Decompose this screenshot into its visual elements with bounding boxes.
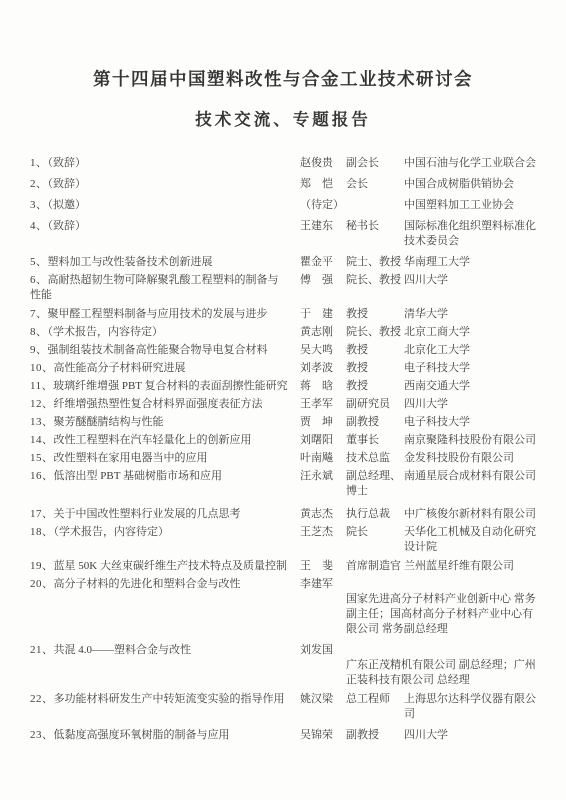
agenda-row: 7、聚甲醛工程塑料制备与应用技术的发展与进步 于 建 教授 清华大学 bbox=[30, 307, 540, 322]
agenda-speaker-title: 院长、教授 bbox=[346, 273, 404, 303]
agenda-speaker-org: 金发科技股份有限公司 bbox=[404, 451, 540, 466]
agenda-topic: 14、改性工程塑料在汽车轻量化上的创新应用 bbox=[30, 433, 300, 448]
agenda-speaker-name: 蒋 晗 bbox=[300, 379, 346, 394]
agenda-item-number: 23、 bbox=[30, 729, 54, 741]
agenda-topic: 3、（拟邀） bbox=[30, 198, 300, 213]
agenda-row: 12、纤维增强热塑性复合材料界面强度表征方法 王孝军 副研究员 四川大学 bbox=[30, 397, 540, 412]
agenda-topic-text: 蓝星 50K 大丝束碳纤维生产技术特点及质量控制 bbox=[54, 560, 287, 572]
agenda-speaker-org: 四川大学 bbox=[404, 728, 540, 743]
agenda-topic-text: 共混 4.0——塑料合金与改性 bbox=[54, 644, 192, 656]
agenda-row: 19、蓝星 50K 大丝束碳纤维生产技术特点及质量控制 王 斐 首席制造官 兰州… bbox=[30, 559, 540, 574]
agenda-row: 1、（致辞） 赵俊贵 副会长 中国石油与化学工业联合会 bbox=[30, 156, 540, 171]
agenda-speaker-title: 院长 bbox=[346, 525, 404, 555]
agenda-speaker-name: 王 斐 bbox=[300, 559, 346, 574]
agenda-item-number: 6、 bbox=[30, 274, 48, 286]
agenda-topic: 9、强制组装技术制备高性能聚合物导电复合材料 bbox=[30, 343, 300, 358]
agenda-topic: 22、多功能材料研发生产中转矩流变实验的指导作用 bbox=[30, 692, 300, 722]
agenda-speaker-title: 副教授 bbox=[346, 415, 404, 430]
agenda-speaker-title: 董事长 bbox=[346, 433, 404, 448]
agenda-item-number: 10、 bbox=[30, 362, 54, 374]
agenda-item-number: 21、 bbox=[30, 644, 54, 656]
agenda-speaker-org: 广东正茂精机有限公司 副总经理；广州正装科技有限公司 总经理 bbox=[346, 658, 540, 688]
agenda-speaker-name: 叶南飚 bbox=[300, 451, 346, 466]
agenda-row: 21、共混 4.0——塑料合金与改性 刘发国 广东正茂精机有限公司 副总经理；广… bbox=[30, 643, 540, 688]
agenda-topic: 21、共混 4.0——塑料合金与改性 bbox=[30, 643, 300, 658]
agenda-topic: 12、纤维增强热塑性复合材料界面强度表征方法 bbox=[30, 397, 300, 412]
agenda-item-number: 9、 bbox=[30, 344, 48, 356]
document-subtitle: 技术交流、专题报告 bbox=[0, 106, 566, 130]
agenda-row: 13、聚芳醚醚腈结构与性能 贾 坤 副教授 电子科技大学 bbox=[30, 415, 540, 430]
agenda-topic: 13、聚芳醚醚腈结构与性能 bbox=[30, 415, 300, 430]
agenda-speaker-title: 副教授 bbox=[346, 728, 404, 743]
agenda-row: 8、（学术报告，内容待定） 黄志刚 院长、教授 北京工商大学 bbox=[30, 325, 540, 340]
agenda-topic: 23、低黏度高强度环氧树脂的制备与应用 bbox=[30, 728, 300, 743]
agenda-speaker-name: 吴大鸣 bbox=[300, 343, 346, 358]
agenda-row: 6、高耐热超韧生物可降解聚乳酸工程塑料的制备与 性能 傅 强 院长、教授 四川大… bbox=[30, 273, 540, 303]
agenda-speaker-name: 贾 坤 bbox=[300, 415, 346, 430]
agenda-topic-text: （拟邀） bbox=[48, 199, 87, 211]
agenda-item-number: 2、 bbox=[30, 178, 48, 190]
agenda-topic-text: 低溶出型 PBT 基础树脂市场和应用 bbox=[54, 470, 222, 482]
agenda-topic-text: 多功能材料研发生产中转矩流变实验的指导作用 bbox=[54, 693, 285, 705]
agenda-item-number: 3、 bbox=[30, 199, 48, 211]
agenda-item-number: 8、 bbox=[30, 326, 48, 338]
agenda-speaker-name: 郑 恺 bbox=[300, 177, 346, 192]
agenda-speaker-title: 执行总裁 bbox=[346, 507, 404, 522]
agenda-item-number: 18、 bbox=[30, 526, 54, 538]
agenda-speaker-name: 刘孝波 bbox=[300, 361, 346, 376]
agenda-speaker-name: 瞿金平 bbox=[300, 255, 346, 270]
agenda-row: 17、关于中国改性塑料行业发展的几点思考 黄志杰 执行总裁 中广核俊尔新材料有限… bbox=[30, 507, 540, 522]
agenda-speaker-name: 刘发国 bbox=[300, 643, 346, 658]
agenda-topic: 16、低溶出型 PBT 基础树脂市场和应用 bbox=[30, 469, 300, 499]
agenda-topic: 1、（致辞） bbox=[30, 156, 300, 171]
agenda-row: 2、（致辞） 郑 恺 会长 中国合成树脂供销协会 bbox=[30, 177, 540, 192]
agenda-row: 11、玻璃纤维增强 PBT 复合材料的表面刮擦性能研究 蒋 晗 教授 西南交通大… bbox=[30, 379, 540, 394]
agenda-topic-text: 聚芳醚醚腈结构与性能 bbox=[54, 416, 164, 428]
agenda-speaker-org: 电子科技大学 bbox=[404, 415, 540, 430]
agenda-item-number: 4、 bbox=[30, 220, 48, 232]
agenda-speaker-org: 南京聚隆科技股份有限公司 bbox=[404, 433, 540, 448]
agenda-speaker-name: 黄志杰 bbox=[300, 507, 346, 522]
agenda-topic: 6、高耐热超韧生物可降解聚乳酸工程塑料的制备与 性能 bbox=[30, 273, 300, 303]
agenda-topic-text: 改性工程塑料在汽车轻量化上的创新应用 bbox=[54, 434, 252, 446]
agenda-speaker-name: 王芝杰 bbox=[300, 525, 346, 555]
agenda-topic: 7、聚甲醛工程塑料制备与应用技术的发展与进步 bbox=[30, 307, 300, 322]
agenda-speaker-title: 首席制造官 bbox=[346, 559, 404, 574]
agenda-topic-text: 玻璃纤维增强 PBT 复合材料的表面刮擦性能研究 bbox=[53, 380, 287, 392]
agenda-speaker-org: 南通星辰合成材料有限公司 bbox=[404, 469, 540, 499]
agenda-item-number: 19、 bbox=[30, 560, 54, 572]
agenda-speaker-title: 秘书长 bbox=[346, 219, 404, 249]
agenda-speaker-org: 国家先进高分子材料产业创新中心 常务副主任；国高材高分子材料产业中心有限公司 常… bbox=[346, 592, 540, 637]
agenda-speaker-title: 技术总监 bbox=[346, 451, 404, 466]
agenda-speaker-name: 于 建 bbox=[300, 307, 346, 322]
agenda-topic-text: 高分子材料的先进化和塑料合金与改性 bbox=[54, 578, 241, 590]
agenda-topic: 10、高性能高分子材料研究进展 bbox=[30, 361, 300, 376]
agenda-speaker-title bbox=[346, 198, 404, 213]
agenda-topic-text: （学术报告，内容待定） bbox=[54, 526, 170, 538]
agenda-item-number: 20、 bbox=[30, 578, 54, 590]
agenda-item-number: 7、 bbox=[30, 308, 48, 320]
agenda-row: 3、（拟邀） （待定） 中国塑料加工工业协会 bbox=[30, 198, 540, 213]
agenda-topic-text: 强制组装技术制备高性能聚合物导电复合材料 bbox=[48, 344, 268, 356]
agenda-speaker-name: 傅 强 bbox=[300, 273, 346, 303]
agenda-speaker-name: 王建东 bbox=[300, 219, 346, 249]
agenda-item-number: 17、 bbox=[30, 508, 54, 520]
agenda-topic-text: （致辞） bbox=[48, 157, 87, 169]
agenda-speaker-org: 清华大学 bbox=[404, 307, 540, 322]
agenda-row: 9、强制组装技术制备高性能聚合物导电复合材料 吴大鸣 教授 北京化工大学 bbox=[30, 343, 540, 358]
agenda-speaker-title: 副研究员 bbox=[346, 397, 404, 412]
agenda-speaker-org: 北京工商大学 bbox=[404, 325, 540, 340]
agenda-speaker-org: 中国合成树脂供销协会 bbox=[404, 177, 540, 192]
agenda-speaker-title: 副会长 bbox=[346, 156, 404, 171]
agenda-topic-text: 纤维增强热塑性复合材料界面强度表征方法 bbox=[54, 398, 263, 410]
agenda-speaker-name: 王孝军 bbox=[300, 397, 346, 412]
agenda-speaker-name: 汪永斌 bbox=[300, 469, 346, 499]
agenda-topic: 20、高分子材料的先进化和塑料合金与改性 bbox=[30, 577, 300, 592]
agenda-row: 22、多功能材料研发生产中转矩流变实验的指导作用 姚汉梁 总工程师 上海思尔达科… bbox=[30, 692, 540, 722]
document-title: 第十四届中国塑料改性与合金工业技术研讨会 bbox=[0, 66, 566, 91]
agenda-speaker-title bbox=[346, 643, 404, 658]
agenda-topic-text: 低黏度高强度环氧树脂的制备与应用 bbox=[54, 729, 230, 741]
agenda-item-number: 15、 bbox=[30, 452, 54, 464]
agenda-speaker-title: 教授 bbox=[346, 307, 404, 322]
agenda-speaker-org: 华南理工大学 bbox=[404, 255, 540, 270]
agenda-speaker-org: 四川大学 bbox=[404, 397, 540, 412]
agenda-speaker-name: （待定） bbox=[300, 198, 346, 213]
agenda-row: 14、改性工程塑料在汽车轻量化上的创新应用 刘曙阳 董事长 南京聚隆科技股份有限… bbox=[30, 433, 540, 448]
agenda-topic: 15、改性塑料在家用电器当中的应用 bbox=[30, 451, 300, 466]
agenda-speaker-title: 教授 bbox=[346, 343, 404, 358]
agenda-item-number: 16、 bbox=[30, 470, 54, 482]
agenda-topic: 2、（致辞） bbox=[30, 177, 300, 192]
agenda-row: 10、高性能高分子材料研究进展 刘孝波 教授 电子科技大学 bbox=[30, 361, 540, 376]
agenda-item-number: 5、 bbox=[30, 256, 48, 268]
document-page: 第十四届中国塑料改性与合金工业技术研讨会 技术交流、专题报告 1、（致辞） 赵俊… bbox=[0, 0, 566, 800]
agenda-topic-text: 高性能高分子材料研究进展 bbox=[54, 362, 186, 374]
agenda-speaker-name: 赵俊贵 bbox=[300, 156, 346, 171]
agenda-speaker-name: 吴锦荣 bbox=[300, 728, 346, 743]
agenda-topic-text: 改性塑料在家用电器当中的应用 bbox=[54, 452, 208, 464]
agenda-speaker-org: 兰州蓝星纤维有限公司 bbox=[404, 559, 540, 574]
agenda-row: 18、（学术报告，内容待定） 王芝杰 院长 天华化工机械及自动化研究设计院 bbox=[30, 525, 540, 555]
agenda-item-number: 1、 bbox=[30, 157, 48, 169]
agenda-topic-text: 塑料加工与改性装备技术创新进展 bbox=[48, 256, 213, 268]
agenda-speaker-org: 北京化工大学 bbox=[404, 343, 540, 358]
agenda-row: 4、（致辞） 王建东 秘书长 国际标准化组织塑料标准化技术委员会 bbox=[30, 219, 540, 249]
agenda-speaker-title: 院士、教授 bbox=[346, 255, 404, 270]
agenda-speaker-title: 教授 bbox=[346, 361, 404, 376]
agenda-speaker-title: 会长 bbox=[346, 177, 404, 192]
agenda-speaker-org: 国际标准化组织塑料标准化技术委员会 bbox=[404, 219, 540, 249]
agenda-item-number: 22、 bbox=[30, 693, 54, 705]
agenda-row: 16、低溶出型 PBT 基础树脂市场和应用 汪永斌 副总经理、博士 南通星辰合成… bbox=[30, 469, 540, 499]
agenda-topic-text: 聚甲醛工程塑料制备与应用技术的发展与进步 bbox=[48, 308, 268, 320]
agenda-item-number: 13、 bbox=[30, 416, 54, 428]
agenda-speaker-title: 副总经理、博士 bbox=[346, 469, 404, 499]
agenda-topic-text: （致辞） bbox=[48, 178, 87, 190]
agenda-speaker-name: 黄志刚 bbox=[300, 325, 346, 340]
agenda-speaker-title: 总工程师 bbox=[346, 692, 404, 722]
agenda-row: 15、改性塑料在家用电器当中的应用 叶南飚 技术总监 金发科技股份有限公司 bbox=[30, 451, 540, 466]
agenda-speaker-org: 天华化工机械及自动化研究设计院 bbox=[404, 525, 540, 555]
agenda-speaker-org: 上海思尔达科学仪器有限公司 bbox=[404, 692, 540, 722]
agenda-topic-text: 关于中国改性塑料行业发展的几点思考 bbox=[54, 508, 241, 520]
agenda-speaker-org: 中国塑料加工工业协会 bbox=[404, 198, 540, 213]
agenda-list: 1、（致辞） 赵俊贵 副会长 中国石油与化学工业联合会 2、（致辞） 郑 恺 会… bbox=[0, 130, 566, 743]
agenda-speaker-name: 李建军 bbox=[300, 577, 346, 592]
agenda-topic-text: （致辞） bbox=[48, 220, 87, 232]
agenda-speaker-org: 西南交通大学 bbox=[404, 379, 540, 394]
agenda-speaker-org: 中国石油与化学工业联合会 bbox=[404, 156, 540, 171]
agenda-item-number: 14、 bbox=[30, 434, 54, 446]
agenda-row: 5、塑料加工与改性装备技术创新进展 瞿金平 院士、教授 华南理工大学 bbox=[30, 255, 540, 270]
agenda-speaker-name: 姚汉梁 bbox=[300, 692, 346, 722]
agenda-row: 20、高分子材料的先进化和塑料合金与改性 李建军 国家先进高分子材料产业创新中心… bbox=[30, 577, 540, 637]
agenda-topic: 18、（学术报告，内容待定） bbox=[30, 525, 300, 555]
agenda-speaker-title: 院长、教授 bbox=[346, 325, 404, 340]
agenda-topic-text: 高耐热超韧生物可降解聚乳酸工程塑料的制备与 性能 bbox=[30, 274, 279, 301]
agenda-speaker-org: 中广核俊尔新材料有限公司 bbox=[404, 507, 540, 522]
agenda-item-number: 12、 bbox=[30, 398, 54, 410]
agenda-topic: 17、关于中国改性塑料行业发展的几点思考 bbox=[30, 507, 300, 522]
agenda-speaker-title: 教授 bbox=[346, 379, 404, 394]
agenda-item-number: 11、 bbox=[30, 380, 53, 392]
agenda-topic: 4、（致辞） bbox=[30, 219, 300, 249]
agenda-speaker-org: 四川大学 bbox=[404, 273, 540, 303]
agenda-topic: 19、蓝星 50K 大丝束碳纤维生产技术特点及质量控制 bbox=[30, 559, 300, 574]
title-block: 第十四届中国塑料改性与合金工业技术研讨会 技术交流、专题报告 bbox=[0, 0, 566, 130]
agenda-topic: 11、玻璃纤维增强 PBT 复合材料的表面刮擦性能研究 bbox=[30, 379, 300, 394]
agenda-topic-text: （学术报告，内容待定） bbox=[48, 326, 164, 338]
agenda-speaker-org: 电子科技大学 bbox=[404, 361, 540, 376]
agenda-speaker-title bbox=[346, 577, 404, 592]
agenda-topic: 8、（学术报告，内容待定） bbox=[30, 325, 300, 340]
agenda-topic: 5、塑料加工与改性装备技术创新进展 bbox=[30, 255, 300, 270]
agenda-row: 23、低黏度高强度环氧树脂的制备与应用 吴锦荣 副教授 四川大学 bbox=[30, 728, 540, 743]
agenda-speaker-name: 刘曙阳 bbox=[300, 433, 346, 448]
